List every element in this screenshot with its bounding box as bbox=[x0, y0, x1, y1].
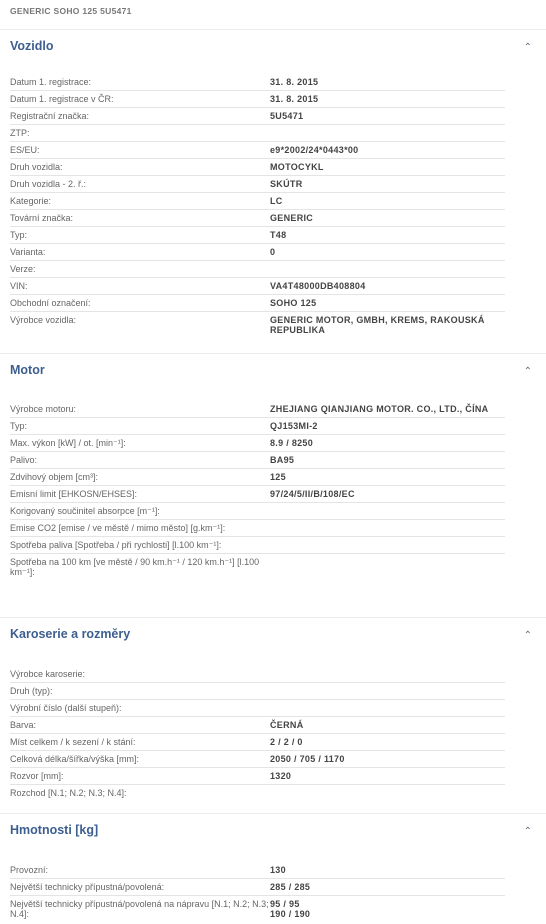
section-karoserie: Karoserie a rozměry ⌃ Výrobce karoserie:… bbox=[0, 617, 546, 813]
row-value bbox=[270, 785, 505, 788]
row-value: 130 bbox=[270, 862, 505, 875]
row-value bbox=[270, 554, 505, 557]
row-value: QJ153MI-2 bbox=[270, 418, 505, 431]
row-label: Emise CO2 [emise / ve městě / mimo město… bbox=[10, 520, 270, 533]
row-label: Datum 1. registrace: bbox=[10, 74, 270, 87]
table-row: Kategorie:LC bbox=[10, 193, 505, 210]
row-value: SKÚTR bbox=[270, 176, 505, 189]
row-label: Rozchod [N.1; N.2; N.3; N.4]: bbox=[10, 785, 270, 798]
row-label: ZTP: bbox=[10, 125, 270, 138]
table-row: Typ:T48 bbox=[10, 227, 505, 244]
row-label: Míst celkem / k sezení / k stání: bbox=[10, 734, 270, 747]
row-value: 1320 bbox=[270, 768, 505, 781]
row-label: Barva: bbox=[10, 717, 270, 730]
row-label: Výrobce vozidla: bbox=[10, 312, 270, 325]
row-label: ES/EU: bbox=[10, 142, 270, 155]
rows: Výrobce karoserie:Druh (typ):Výrobní čís… bbox=[10, 666, 505, 802]
table-row: Max. výkon [kW] / ot. [min⁻¹]:8.9 / 8250 bbox=[10, 435, 505, 452]
row-label: Tovární značka: bbox=[10, 210, 270, 223]
row-label: VIN: bbox=[10, 278, 270, 291]
row-label: Varianta: bbox=[10, 244, 270, 257]
row-value: 0 bbox=[270, 244, 505, 257]
table-row: Emisní limit [EHKOSN/EHSES]:97/24/5/II/B… bbox=[10, 486, 505, 503]
table-row: Spotřeba paliva [Spotřeba / při rychlost… bbox=[10, 537, 505, 554]
section-motor: Motor ⌃ Výrobce motoru:ZHEJIANG QIANJIAN… bbox=[0, 353, 546, 617]
row-value: ZHEJIANG QIANJIANG MOTOR. CO., LTD., ČÍN… bbox=[270, 401, 505, 414]
section-title: Karoserie a rozměry bbox=[10, 627, 130, 641]
table-row: Datum 1. registrace:31. 8. 2015 bbox=[10, 74, 505, 91]
row-label: Spotřeba na 100 km [ve městě / 90 km.h⁻¹… bbox=[10, 554, 270, 577]
row-label: Druh vozidla - 2. ř.: bbox=[10, 176, 270, 189]
row-label: Datum 1. registrace v ČR: bbox=[10, 91, 270, 104]
chevron-up-icon[interactable]: ⌃ bbox=[524, 42, 532, 53]
row-label: Typ: bbox=[10, 227, 270, 240]
row-value: GENERIC MOTOR, GMBH, KREMS, RAKOUSKÁ REP… bbox=[270, 312, 505, 335]
row-value: MOTOCYKL bbox=[270, 159, 505, 172]
row-value: 285 / 285 bbox=[270, 879, 505, 892]
row-label: Emisní limit [EHKOSN/EHSES]: bbox=[10, 486, 270, 499]
section-title: Motor bbox=[10, 363, 45, 377]
row-label: Max. výkon [kW] / ot. [min⁻¹]: bbox=[10, 435, 270, 448]
row-value: 125 bbox=[270, 469, 505, 482]
row-value: 2050 / 705 / 1170 bbox=[270, 751, 505, 764]
table-row: Tovární značka:GENERIC bbox=[10, 210, 505, 227]
row-value: 31. 8. 2015 bbox=[270, 74, 505, 87]
table-row: Barva:ČERNÁ bbox=[10, 717, 505, 734]
row-value bbox=[270, 666, 505, 669]
row-value: GENERIC bbox=[270, 210, 505, 223]
row-value: e9*2002/24*0443*00 bbox=[270, 142, 505, 155]
row-value bbox=[270, 261, 505, 264]
row-value: 8.9 / 8250 bbox=[270, 435, 505, 448]
section-title: Vozidlo bbox=[10, 39, 54, 53]
table-row: ZTP: bbox=[10, 125, 505, 142]
row-value: 5U5471 bbox=[270, 108, 505, 121]
row-label: Výrobce motoru: bbox=[10, 401, 270, 414]
table-row: Výrobce vozidla:GENERIC MOTOR, GMBH, KRE… bbox=[10, 312, 505, 335]
row-value: 2 / 2 / 0 bbox=[270, 734, 505, 747]
chevron-up-icon[interactable]: ⌃ bbox=[524, 366, 532, 377]
row-value bbox=[270, 125, 505, 128]
row-label: Korigovaný součinitel absorpce [m⁻¹]: bbox=[10, 503, 270, 516]
row-label: Rozvor [mm]: bbox=[10, 768, 270, 781]
section-header-motor[interactable]: Motor ⌃ bbox=[0, 354, 546, 392]
row-label: Palivo: bbox=[10, 452, 270, 465]
table-row: Zdvihový objem [cm³]:125 bbox=[10, 469, 505, 486]
row-value: SOHO 125 bbox=[270, 295, 505, 308]
table-row: Verze: bbox=[10, 261, 505, 278]
row-label: Verze: bbox=[10, 261, 270, 274]
section-header-karoserie[interactable]: Karoserie a rozměry ⌃ bbox=[0, 618, 546, 656]
rows: Výrobce motoru:ZHEJIANG QIANJIANG MOTOR.… bbox=[10, 401, 505, 577]
table-row: Největší technicky přípustná/povolená:28… bbox=[10, 879, 505, 896]
table-row: Emise CO2 [emise / ve městě / mimo město… bbox=[10, 520, 505, 537]
table-row: Největší technicky přípustná/povolená na… bbox=[10, 896, 505, 919]
row-value bbox=[270, 700, 505, 703]
row-label: Druh (typ): bbox=[10, 683, 270, 696]
table-row: Obchodní označení:SOHO 125 bbox=[10, 295, 505, 312]
section-header-vozidlo[interactable]: Vozidlo ⌃ bbox=[0, 30, 546, 68]
row-label: Největší technicky přípustná/povolená: bbox=[10, 879, 270, 892]
rows: Datum 1. registrace:31. 8. 2015Datum 1. … bbox=[10, 74, 505, 335]
table-row: Výrobce motoru:ZHEJIANG QIANJIANG MOTOR.… bbox=[10, 401, 505, 418]
table-row: Výrobní číslo (další stupeň): bbox=[10, 700, 505, 717]
row-label: Obchodní označení: bbox=[10, 295, 270, 308]
row-value: LC bbox=[270, 193, 505, 206]
row-value bbox=[270, 683, 505, 686]
table-row: Druh vozidla - 2. ř.:SKÚTR bbox=[10, 176, 505, 193]
row-value: BA95 bbox=[270, 452, 505, 465]
table-row: Spotřeba na 100 km [ve městě / 90 km.h⁻¹… bbox=[10, 554, 505, 577]
table-row: VIN:VA4T48000DB408804 bbox=[10, 278, 505, 295]
row-value bbox=[270, 537, 505, 540]
row-label: Registrační značka: bbox=[10, 108, 270, 121]
row-value: 31. 8. 2015 bbox=[270, 91, 505, 104]
row-value: T48 bbox=[270, 227, 505, 240]
page-title: GENERIC SOHO 125 5U5471 bbox=[10, 6, 132, 16]
row-label: Kategorie: bbox=[10, 193, 270, 206]
row-label: Celková délka/šířka/výška [mm]: bbox=[10, 751, 270, 764]
table-row: Varianta:0 bbox=[10, 244, 505, 261]
table-row: Registrační značka:5U5471 bbox=[10, 108, 505, 125]
row-label: Největší technicky přípustná/povolená na… bbox=[10, 896, 270, 919]
table-row: Druh (typ): bbox=[10, 683, 505, 700]
table-row: Datum 1. registrace v ČR:31. 8. 2015 bbox=[10, 91, 505, 108]
section-title: Hmotnosti [kg] bbox=[10, 823, 98, 837]
table-row: Rozvor [mm]:1320 bbox=[10, 768, 505, 785]
row-label: Výrobce karoserie: bbox=[10, 666, 270, 679]
row-label: Zdvihový objem [cm³]: bbox=[10, 469, 270, 482]
row-label: Typ: bbox=[10, 418, 270, 431]
table-row: Výrobce karoserie: bbox=[10, 666, 505, 683]
table-row: Korigovaný součinitel absorpce [m⁻¹]: bbox=[10, 503, 505, 520]
section-header-hmotnosti[interactable]: Hmotnosti [kg] ⌃ bbox=[0, 814, 546, 852]
section-hmotnosti: Hmotnosti [kg] ⌃ Provozní:130Největší te… bbox=[0, 813, 546, 924]
table-row: Druh vozidla:MOTOCYKL bbox=[10, 159, 505, 176]
section-vozidlo: Vozidlo ⌃ Datum 1. registrace:31. 8. 201… bbox=[0, 29, 546, 353]
row-value: 97/24/5/II/B/108/EC bbox=[270, 486, 505, 499]
table-row: Rozchod [N.1; N.2; N.3; N.4]: bbox=[10, 785, 505, 802]
row-value bbox=[270, 520, 505, 523]
row-label: Spotřeba paliva [Spotřeba / při rychlost… bbox=[10, 537, 270, 550]
chevron-up-icon[interactable]: ⌃ bbox=[524, 630, 532, 641]
row-label: Výrobní číslo (další stupeň): bbox=[10, 700, 270, 713]
rows: Provozní:130Největší technicky přípustná… bbox=[10, 862, 505, 919]
table-row: ES/EU:e9*2002/24*0443*00 bbox=[10, 142, 505, 159]
row-value bbox=[270, 503, 505, 506]
row-value: 95 / 95 190 / 190 bbox=[270, 896, 505, 919]
chevron-up-icon[interactable]: ⌃ bbox=[524, 826, 532, 837]
row-label: Druh vozidla: bbox=[10, 159, 270, 172]
row-label: Provozní: bbox=[10, 862, 270, 875]
table-row: Míst celkem / k sezení / k stání:2 / 2 /… bbox=[10, 734, 505, 751]
table-row: Celková délka/šířka/výška [mm]:2050 / 70… bbox=[10, 751, 505, 768]
table-row: Provozní:130 bbox=[10, 862, 505, 879]
row-value: ČERNÁ bbox=[270, 717, 505, 730]
table-row: Typ:QJ153MI-2 bbox=[10, 418, 505, 435]
row-value: VA4T48000DB408804 bbox=[270, 278, 505, 291]
table-row: Palivo:BA95 bbox=[10, 452, 505, 469]
